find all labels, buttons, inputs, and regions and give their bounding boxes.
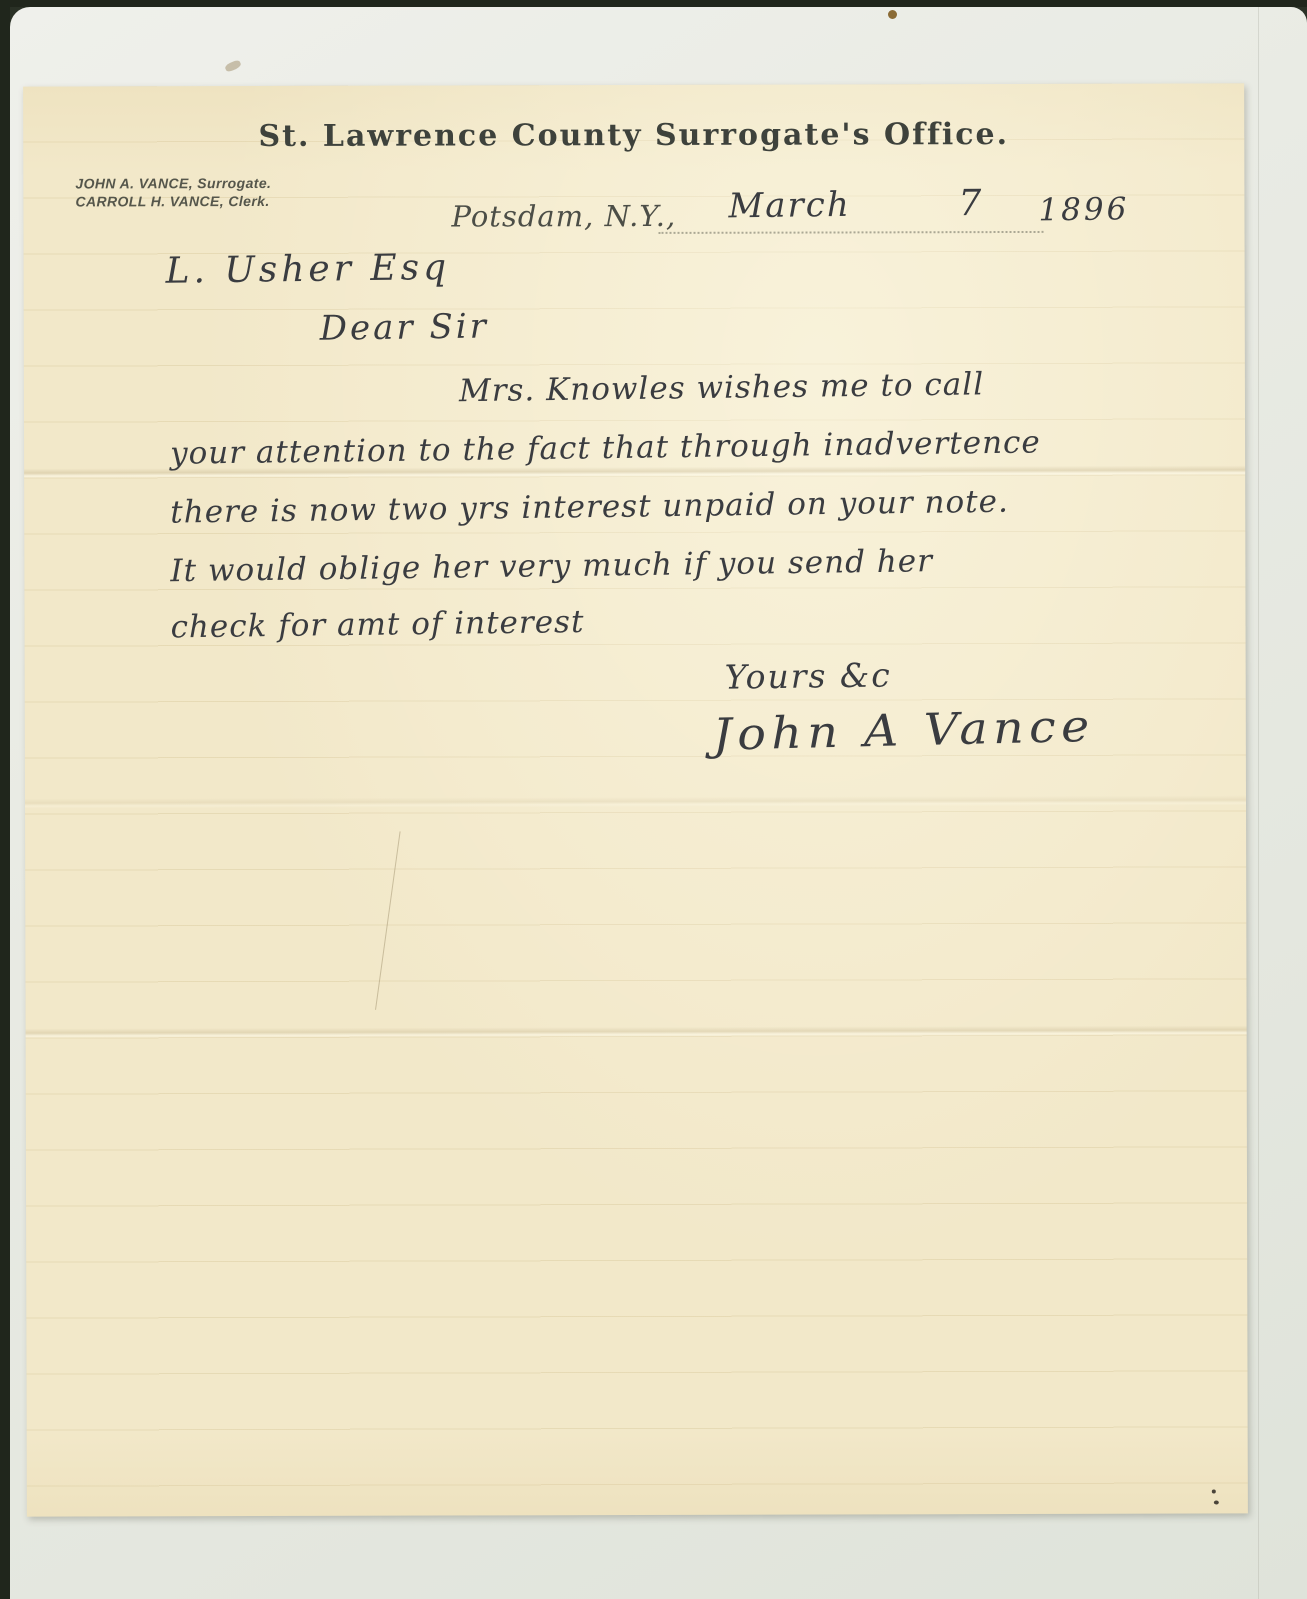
- letterhead-officials: JOHN A. VANCE, Surrogate. CARROLL H. VAN…: [75, 174, 271, 211]
- body-line: your attention to the fact that through …: [170, 424, 1041, 471]
- signature: John A Vance: [712, 701, 1095, 761]
- closing-line: Yours &c: [724, 655, 892, 696]
- letter-paper: St. Lawrence County Surrogate's Office. …: [23, 83, 1248, 1516]
- ink-speck: [1214, 1500, 1219, 1504]
- body-line: check for amt of interest: [170, 604, 584, 645]
- official-clerk: CARROLL H. VANCE, Clerk.: [75, 192, 271, 211]
- letterhead-place: Potsdam, N.Y.,: [451, 199, 676, 234]
- fold-crease: [26, 1025, 1247, 1038]
- backing-seam: [1258, 7, 1259, 1599]
- date-dotted-rule: [659, 231, 1044, 234]
- letterhead-title: St. Lawrence County Surrogate's Office.: [23, 116, 1244, 154]
- handwritten-day: 7: [958, 183, 981, 224]
- handwritten-month: March: [728, 185, 851, 227]
- scratch-mark: [375, 831, 401, 1009]
- stain-smudge: [224, 59, 242, 73]
- handwritten-year: 1896: [1038, 191, 1129, 228]
- recipient-line: L. Usher Esq: [165, 247, 450, 292]
- salutation-line: Dear Sir: [320, 306, 490, 348]
- official-surrogate: JOHN A. VANCE, Surrogate.: [75, 174, 271, 193]
- body-line: there is now two yrs interest unpaid on …: [170, 484, 1009, 531]
- body-line: It would oblige her very much if you sen…: [170, 543, 933, 589]
- scan-edge-left: [0, 0, 10, 1599]
- fold-crease: [25, 795, 1246, 808]
- body-line: Mrs. Knowles wishes me to call: [459, 366, 985, 409]
- stain-spot: [888, 10, 897, 19]
- scan-edge-top: [0, 0, 1307, 7]
- ink-speck: [1212, 1489, 1216, 1493]
